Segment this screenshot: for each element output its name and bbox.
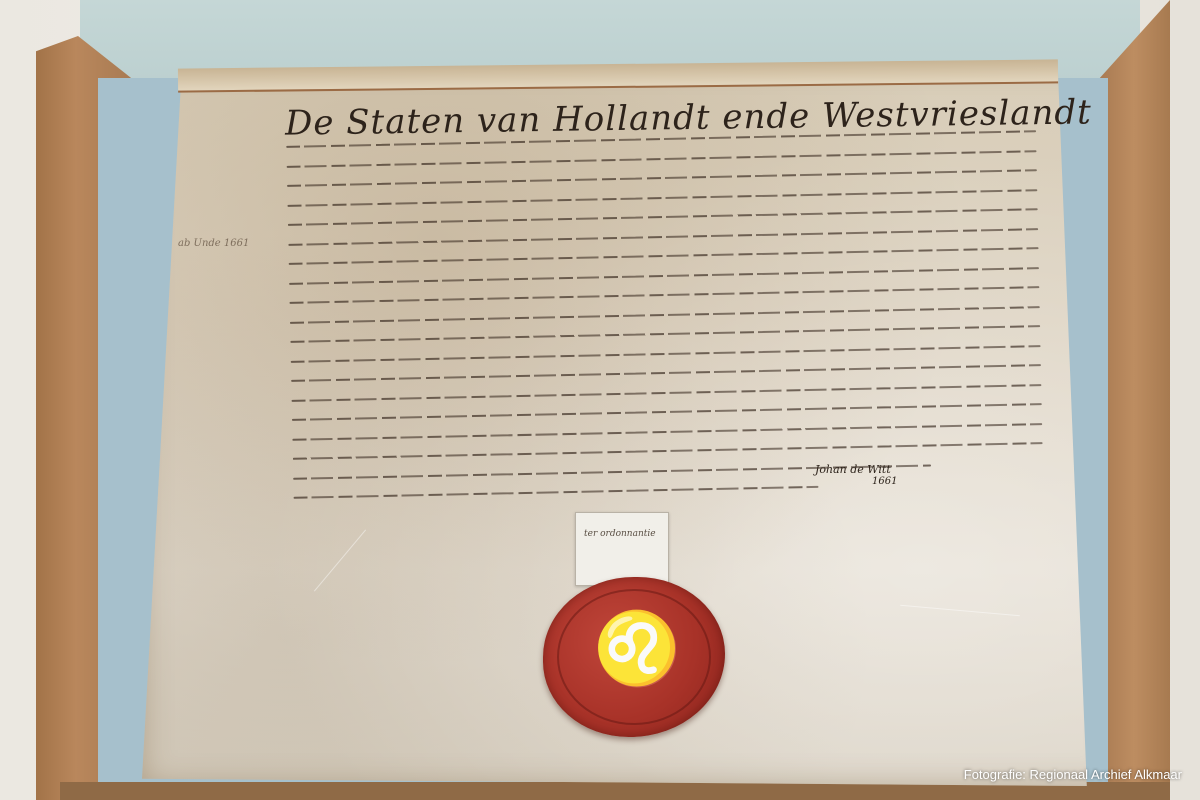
text-line — [292, 384, 1042, 402]
text-line — [294, 486, 819, 499]
text-line — [292, 403, 1042, 421]
text-line — [290, 325, 1040, 343]
text-line — [293, 442, 1043, 460]
text-line — [287, 150, 1037, 168]
text-line — [288, 208, 1038, 226]
text-line — [290, 306, 1040, 324]
seal-parchment-tag: ter ordonnantie — [575, 512, 669, 586]
text-line — [289, 267, 1039, 285]
text-line — [292, 423, 1042, 441]
text-line — [289, 286, 1039, 304]
seal-tag-text: ter ordonnantie — [584, 529, 656, 539]
text-line — [288, 228, 1038, 246]
margin-note: ab Unde 1661 — [178, 238, 249, 249]
text-line — [287, 169, 1037, 187]
handwritten-body-text — [286, 130, 1044, 516]
text-line — [291, 345, 1041, 363]
lion-emblem-icon: ♌ — [593, 607, 680, 690]
text-line — [289, 247, 1039, 265]
document-date: 1661 — [872, 476, 897, 487]
archive-box-right-wall — [1098, 0, 1170, 800]
text-line — [291, 364, 1041, 382]
photo-credit: Fotografie: Regionaal Archief Alkmaar — [964, 767, 1182, 782]
signature: Johan de Witt — [815, 463, 891, 476]
text-line — [287, 189, 1037, 207]
